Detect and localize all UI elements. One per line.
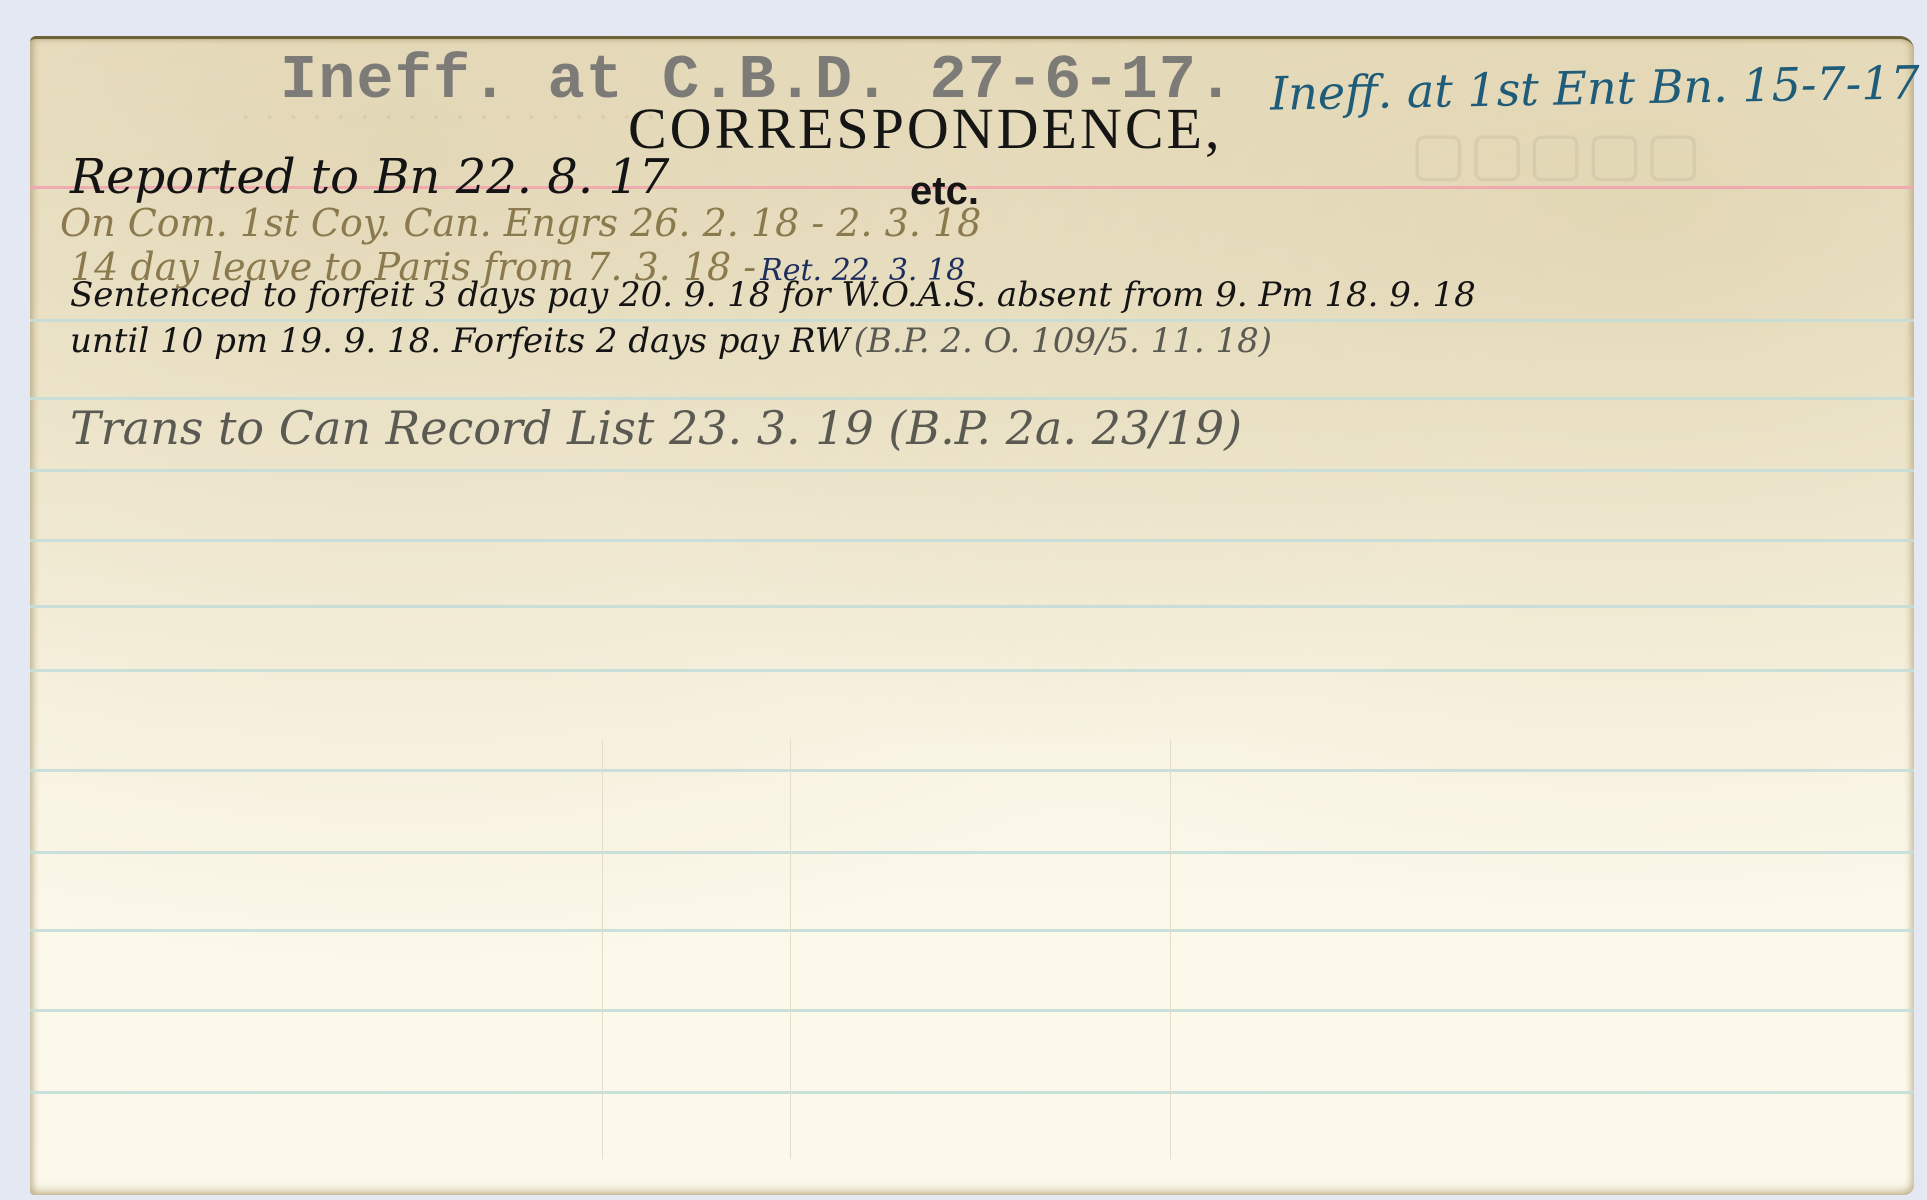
entry-forfeit: until 10 pm 19. 9. 18. Forfeits 2 days p… [70,321,1272,361]
entry-on-command: On Com. 1st Coy. Can. Engrs 26. 2. 18 - … [60,201,981,245]
entry-reported: Reported to Bn 22. 8. 17 [70,149,669,205]
annotation-top-right: Ineff. at 1st Ent Bn. 15-7-17 [1270,55,1921,120]
ruled-line [30,469,1914,472]
ruled-line [30,851,1914,854]
entry-forfeit-ref: (B.P. 2. O. 109/5. 11. 18) [854,321,1272,361]
ruled-line [30,769,1914,772]
column-line [790,739,791,1159]
ruled-line [30,929,1914,932]
bleed-through-text: ▢▢▢▢▢ [1410,119,1703,189]
entry-forfeit-text: until 10 pm 19. 9. 18. Forfeits 2 days p… [70,321,850,361]
ruled-line [30,397,1914,400]
ruled-line [30,539,1914,542]
column-line [602,739,603,1159]
ruled-line [30,1009,1914,1012]
entry-sentenced: Sentenced to forfeit 3 days pay 20. 9. 1… [70,275,1476,315]
card-title: CORRESPONDENCE, [628,95,1222,162]
ruled-line [30,1091,1914,1094]
column-line [1170,739,1171,1159]
ruled-line [30,669,1914,672]
index-card: · · · · · · · · · · · · · · · · · · ▢▢▢▢… [30,36,1914,1195]
ruled-line [30,605,1914,608]
entry-transfer: Trans to Can Record List 23. 3. 19 (B.P.… [70,401,1242,455]
